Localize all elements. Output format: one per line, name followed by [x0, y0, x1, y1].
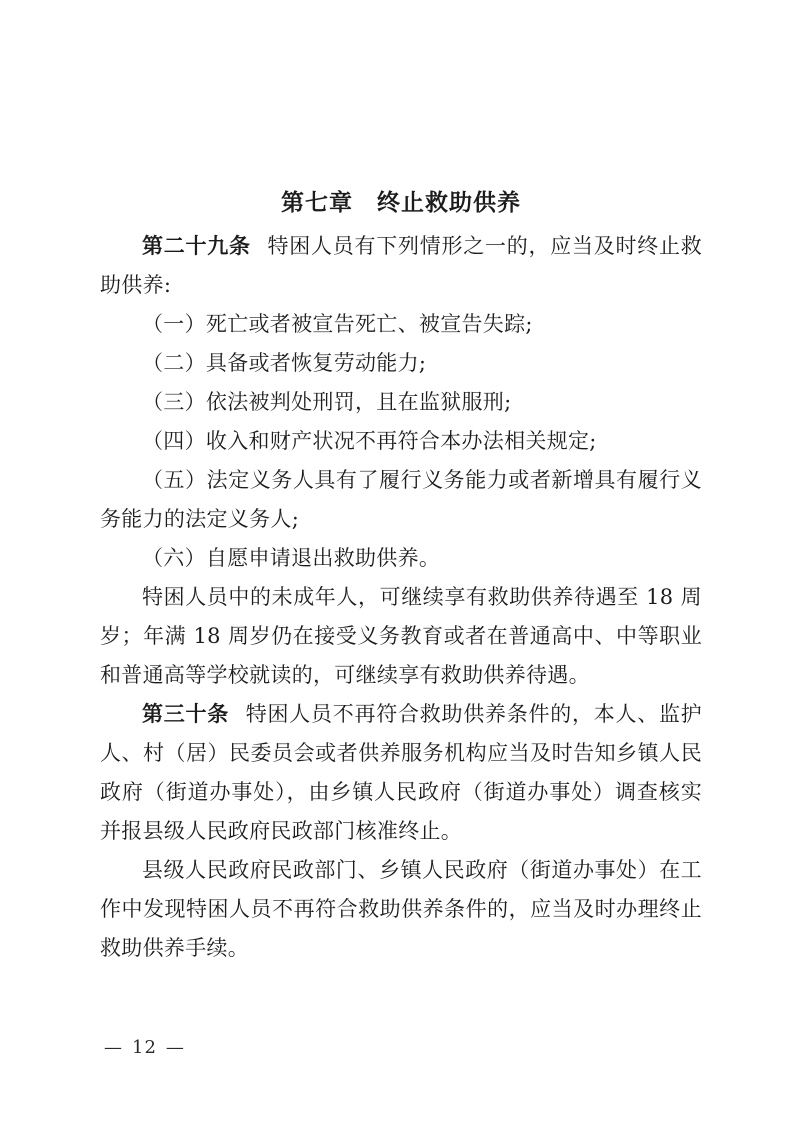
- termination-item-3: （三）依法被判处刑罚，且在监狱服刑;: [100, 383, 702, 422]
- footer-dash-left: —: [104, 1037, 123, 1058]
- footer-dash-right: —: [166, 1037, 185, 1058]
- article-29-paragraph: 第二十九条特困人员有下列情形之一的，应当及时终止救助供养:: [100, 227, 702, 305]
- chapter-title: 第七章 终止救助供养: [100, 182, 702, 224]
- minors-paragraph: 特困人员中的未成年人，可继续享有救助供养待遇至 18 周岁；年满 18 周岁仍在…: [100, 578, 702, 695]
- document-content: 第七章 终止救助供养 第二十九条特困人员有下列情形之一的，应当及时终止救助供养:…: [100, 182, 702, 968]
- article-29-number: 第二十九条: [142, 234, 251, 258]
- termination-item-6: （六）自愿申请退出救助供养。: [100, 539, 702, 578]
- termination-item-2: （二）具备或者恢复劳动能力;: [100, 344, 702, 383]
- article-30-paragraph: 第三十条特困人员不再符合救助供养条件的，本人、监护人、村（居）民委员会或者供养服…: [100, 695, 702, 851]
- page-footer: — 12 —: [104, 1037, 185, 1058]
- termination-item-4: （四）收入和财产状况不再符合本办法相关规定;: [100, 422, 702, 461]
- termination-item-5: （五）法定义务人具有了履行义务能力或者新增具有履行义务能力的法定义务人;: [100, 461, 702, 539]
- discovery-paragraph: 县级人民政府民政部门、乡镇人民政府（街道办事处）在工作中发现特困人员不再符合救助…: [100, 851, 702, 968]
- document-page: 第七章 终止救助供养 第二十九条特困人员有下列情形之一的，应当及时终止救助供养:…: [0, 0, 793, 1122]
- page-number: 12: [132, 1037, 157, 1058]
- article-30-number: 第三十条: [142, 702, 229, 726]
- termination-item-1: （一）死亡或者被宣告死亡、被宣告失踪;: [100, 305, 702, 344]
